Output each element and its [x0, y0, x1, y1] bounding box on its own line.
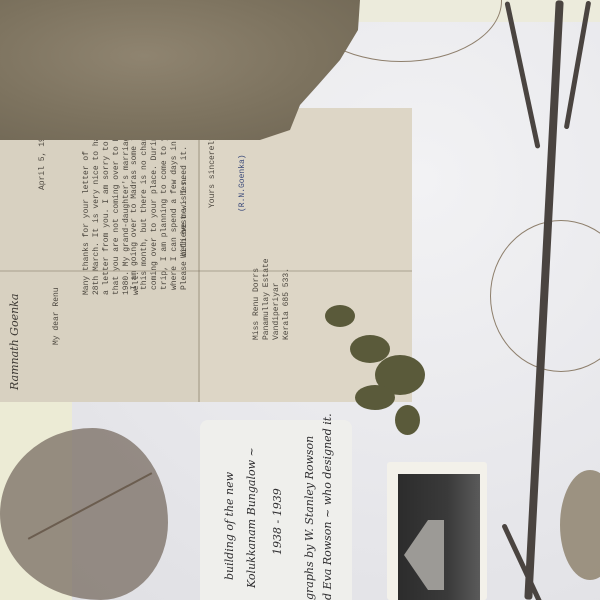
card-line-3: 1938 - 1939: [268, 488, 288, 555]
card-line-2: Kolukkanam Bungalow ~: [242, 447, 262, 588]
card-line-1: building of the new: [220, 472, 240, 580]
letter-date: April 5, 19: [38, 137, 48, 190]
handwritten-card: building of the new Kolukkanam Bungalow …: [200, 420, 352, 600]
letter-closing: With best wishes.: [180, 176, 190, 258]
letter-sign-off: Yours sincerely,: [208, 131, 218, 208]
letter-signatory: (R.N.Goenka): [238, 154, 248, 212]
letter-letterhead-name: Ramnath Goenka: [10, 294, 20, 390]
card-line-4: graphs by W. Stanley Rowson: [300, 436, 320, 600]
card-line-5: d Eva Rowson ~ who designed it.: [318, 413, 338, 600]
letter-fold-line-vertical: [198, 140, 200, 402]
letter-fold-line: [0, 270, 412, 272]
letter-salutation: My dear Renu: [52, 287, 62, 345]
